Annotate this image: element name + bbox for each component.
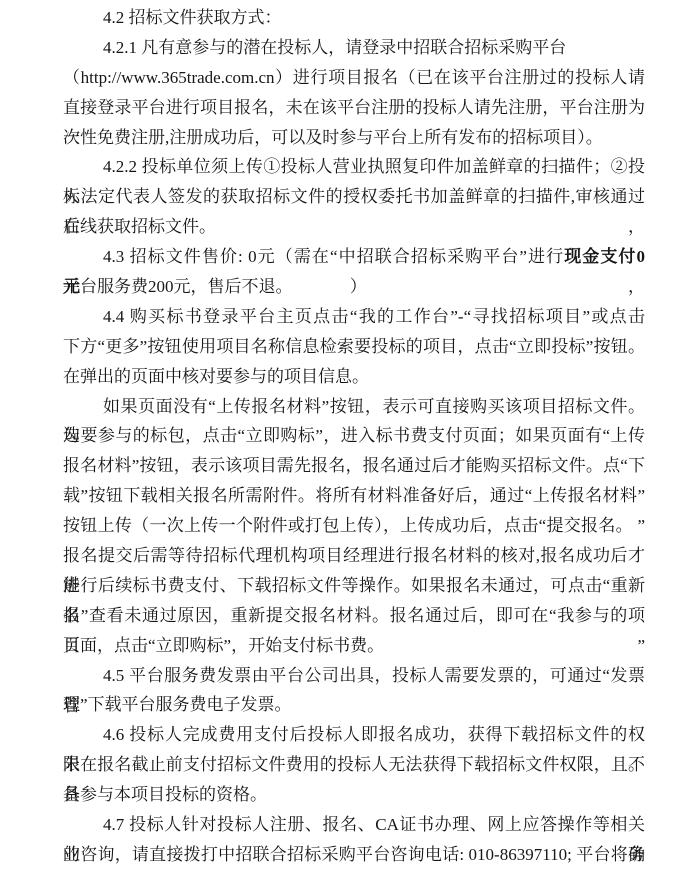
text-line: 下方“更多”按钮使用项目名称信息检索要投标的项目，点击“立即投标”按钮。 [63,332,645,362]
text-line: 理”下载平台服务费电子发票。 [63,690,645,720]
text-line: 备参与本项目投标的资格。 [63,780,645,810]
text-line: 直接登录平台进行项目报名，未在该平台注册的投标人请先注册，平台注册为一 [63,93,645,123]
text-line: 名”查看未通过原因，重新提交报名材料。报名通过后，即可在“我参与的项目” [63,601,645,631]
text-line: 4.6 投标人完成费用支付后投标人即报名成功，获得下载招标文件的权限。 [63,720,645,750]
text-line: 4.2.2 投标单位须上传①投标人营业执照复印件加盖鲜章的扫描件；②投标 [63,152,645,182]
text-line: 报名材料”按钮，表示该项目需先报名，报名通过后才能购买招标文件。点“下 [63,451,645,481]
text-line: 4.7 投标人针对投标人注册、报名、CA证书办理、网上应答操作等相关业务 [63,810,645,840]
text-line: 选要参与的标包，点击“立即购标”，进入标书费支付页面；如果页面有“上传 [63,421,645,451]
text-line: 4.4 购买标书登录平台主页点击“我的工作台”-“寻找招标项目”或点击 [63,302,645,332]
text-line: 按钮上传（一次上传一个附件或打包上传），上传成功后，点击“提交报名。 ” [63,511,645,541]
text-line: 人法定代表人签发的获取招标文件的授权委托书加盖鲜章的扫描件,审核通过后， [63,182,645,212]
text-line: 次性免费注册,注册成功后，可以及时参与平台上所有发布的招标项目）。 [63,123,645,153]
text-line: 在弹出的页面中核对要参与的项目信息。 [63,362,645,392]
text-line: （http://www.365trade.com.cn）进行项目报名（已在该平台… [63,63,645,93]
text-line: 报名提交后需等待招标代理机构项目经理进行报名材料的核对,报名成功后才能 [63,541,645,571]
text-line: 未在报名截止前支付招标文件费用的投标人无法获得下载招标文件权限，且不具 [63,750,645,780]
text-line: 进行后续标书费支付、下载招标文件等操作。如果报名未通过，可点击“重新报 [63,571,645,601]
text-line: 4.3 招标文件售价: 0元（需在“中招联合招标采购平台”进行现金支付0元）， [63,242,645,272]
text-segment: ）， [350,277,645,296]
text-line: 的咨询，请直接拨打中招联合招标采购平台咨询电话: 010-86397110; 平… [63,840,645,870]
text-line: 载”按钮下载相关报名所需附件。将所有材料准备好后，通过“上传报名材料” [63,481,645,511]
document-page: 4.2 招标文件获取方式： 4.2.1 凡有意参与的潜在投标人，请登录中招联合招… [0,0,673,893]
text-line: 如果页面没有“上传报名材料”按钮，表示可直接购买该项目招标文件。勾 [63,392,645,422]
text-line: 4.2 招标文件获取方式： [63,3,645,33]
text-line: 4.2.1 凡有意参与的潜在投标人，请登录中招联合招标采购平台 [63,33,645,63]
text-line: 4.5 平台服务费发票由平台公司出具，投标人需要发票的，可通过“发票管 [63,661,645,691]
text-segment: 4.3 招标文件售价: 0元（需在“中招联合招标采购平台”进行 [103,247,564,266]
